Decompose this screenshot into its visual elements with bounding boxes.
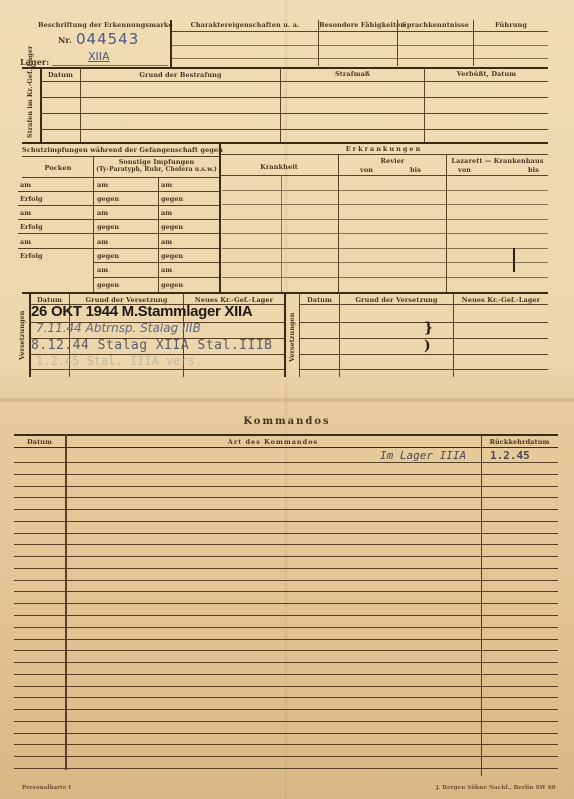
sonstige-b-row-4: am: [161, 238, 172, 246]
transfers-left-side-label: Versetzungen: [18, 311, 26, 360]
illnesses-title: Erkrankungen: [220, 145, 548, 153]
kommando-row-line: [14, 733, 558, 734]
sonstige-b-row-3: gegen: [161, 223, 183, 231]
kommandos-title: Kommandos: [0, 416, 574, 427]
kommando-row-line: [14, 591, 558, 592]
transfers-right-side-label: Versetzungen: [288, 313, 296, 362]
typed-entry-4: 1.2.45 Stal. IIIA vers.: [36, 354, 202, 368]
sonstige-a-row-4: am: [97, 238, 108, 246]
sonstige-b-row-5: gegen: [161, 252, 183, 260]
bracket-mark: }: [424, 320, 433, 336]
kommando-row-line: [14, 709, 558, 710]
sonstige-b-row-0: am: [161, 181, 172, 189]
pocken-row-5: Erfolg: [20, 252, 43, 260]
col-strafmass: Strafmaß: [281, 70, 424, 78]
col-pocken: Pocken: [22, 164, 94, 172]
sonstige-a-row-3: gegen: [97, 223, 119, 231]
kommando-row-line: [14, 497, 558, 498]
kommando-row-line: [14, 509, 558, 510]
kommando-row-line: [14, 615, 558, 616]
kommando-row-line: [14, 662, 558, 663]
col-krankheit: Krankheit: [220, 163, 338, 171]
kommando-row-line: [14, 756, 558, 757]
col-grund: Grund der Versetzung: [340, 296, 453, 304]
kommando-row-line: [14, 697, 558, 698]
col-rueckkehr: Rückkehrdatum: [481, 438, 558, 446]
sonstige-b-row-1: gegen: [161, 195, 183, 203]
sonstige-b-row-6: am: [161, 266, 172, 274]
col-art: Art des Kommandos: [66, 438, 480, 446]
kommando-row-line: [14, 474, 558, 475]
sonstige-a-row-5: gegen: [97, 252, 119, 260]
kommando-row-line: [14, 486, 558, 487]
lager-label: Lager:: [20, 57, 49, 67]
sonstige-a-row-1: gegen: [97, 195, 119, 203]
bracket-mark: ): [424, 338, 431, 354]
revier-bis: bis: [410, 166, 421, 174]
nr-label: Nr.: [58, 35, 72, 45]
sonstige-a-row-2: am: [97, 209, 108, 217]
sonstige-a-row-6: am: [97, 266, 108, 274]
lager-value: XIIA: [88, 50, 110, 63]
kommando-row-line: [14, 627, 558, 628]
pocken-row-1: Erfolg: [20, 195, 43, 203]
kommando-entry-return: 1.2.45: [490, 449, 530, 462]
kommando-row-line: [14, 568, 558, 569]
lazarett-bis: bis: [528, 166, 539, 174]
col-datum: Datum: [41, 71, 80, 79]
typed-entry-3: 8.12.44 Stalag XIIA Stal.IIIB: [31, 338, 272, 353]
sonstige-b-row-2: am: [161, 209, 172, 217]
kommando-row-line: [14, 580, 558, 581]
col-character: Charaktereigenschaften u. a.: [172, 21, 318, 29]
pocken-row-0: am: [20, 181, 31, 189]
footer-form-name: Personalkarte I: [22, 785, 71, 791]
revier-von: von: [360, 166, 373, 174]
nr-value: 044543: [76, 30, 139, 48]
col-abilities: Besondere Fähigkeiten: [319, 21, 397, 29]
col-lazarett: Lazarett — Krankenhaus: [447, 157, 548, 165]
col-neues-lager: Neues Kr.-Gef.-Lager: [454, 296, 548, 304]
sonstige-b-row-7: gegen: [161, 281, 183, 289]
kommando-row-line: [14, 768, 558, 769]
col-grund: Grund der Bestrafung: [81, 71, 280, 79]
kommando-row-line: [14, 721, 558, 722]
col-sonstige: Sonstige Impfungen: [94, 158, 219, 166]
punishments-side-label: Strafen im Kr.-Gef.-Lager: [26, 46, 34, 138]
kommando-row-line: [14, 639, 558, 640]
lazarett-von: von: [458, 166, 471, 174]
pocken-row-4: am: [20, 238, 31, 246]
col-languages: Sprachkenntnisse: [398, 21, 473, 29]
kommando-row-line: [14, 674, 558, 675]
kommando-row-line: [14, 603, 558, 604]
sonstige-a-row-0: am: [97, 181, 108, 189]
kommando-row-line: [14, 544, 558, 545]
kommando-row-line: [14, 533, 558, 534]
col-sonstige-sub: (Ty-Paratyph, Ruhr, Cholera u.s.w.): [94, 166, 219, 173]
handwritten-entry-2: 7.11.44 Abtrnsp. Stalag IIIB: [36, 321, 201, 335]
tag-label: Beschriftung der Erkennungsmarke: [38, 21, 173, 29]
col-datum: Datum: [300, 296, 339, 304]
sonstige-a-row-7: gegen: [97, 281, 119, 289]
pen-mark: [513, 248, 515, 272]
pocken-row-3: Erfolg: [20, 223, 43, 231]
paper-fold-vertical: [284, 0, 288, 799]
kommando-row-line: [14, 686, 558, 687]
pocken-row-2: am: [20, 209, 31, 217]
kommando-entry-art: Im Lager IIIA: [380, 449, 466, 462]
col-verbuesst: Verbüßt, Datum: [425, 70, 548, 78]
col-datum: Datum: [14, 438, 65, 446]
stamp-entry-1: 26 OKT 1944 M.Stammlager XIIA: [31, 303, 252, 320]
col-conduct: Führung: [474, 21, 548, 29]
col-revier: Revier: [339, 157, 446, 165]
kommando-row-line: [14, 650, 558, 651]
kommando-row-line: [14, 744, 558, 745]
vaccination-title: Schutzimpfungen während der Gefangenscha…: [22, 146, 218, 154]
kommando-row-line: [14, 521, 558, 522]
footer-printer: J. Bergen Söhne Nachf., Berlin SW 68: [436, 785, 556, 791]
kommando-row-line: [14, 556, 558, 557]
kommando-row-line: [14, 462, 558, 463]
